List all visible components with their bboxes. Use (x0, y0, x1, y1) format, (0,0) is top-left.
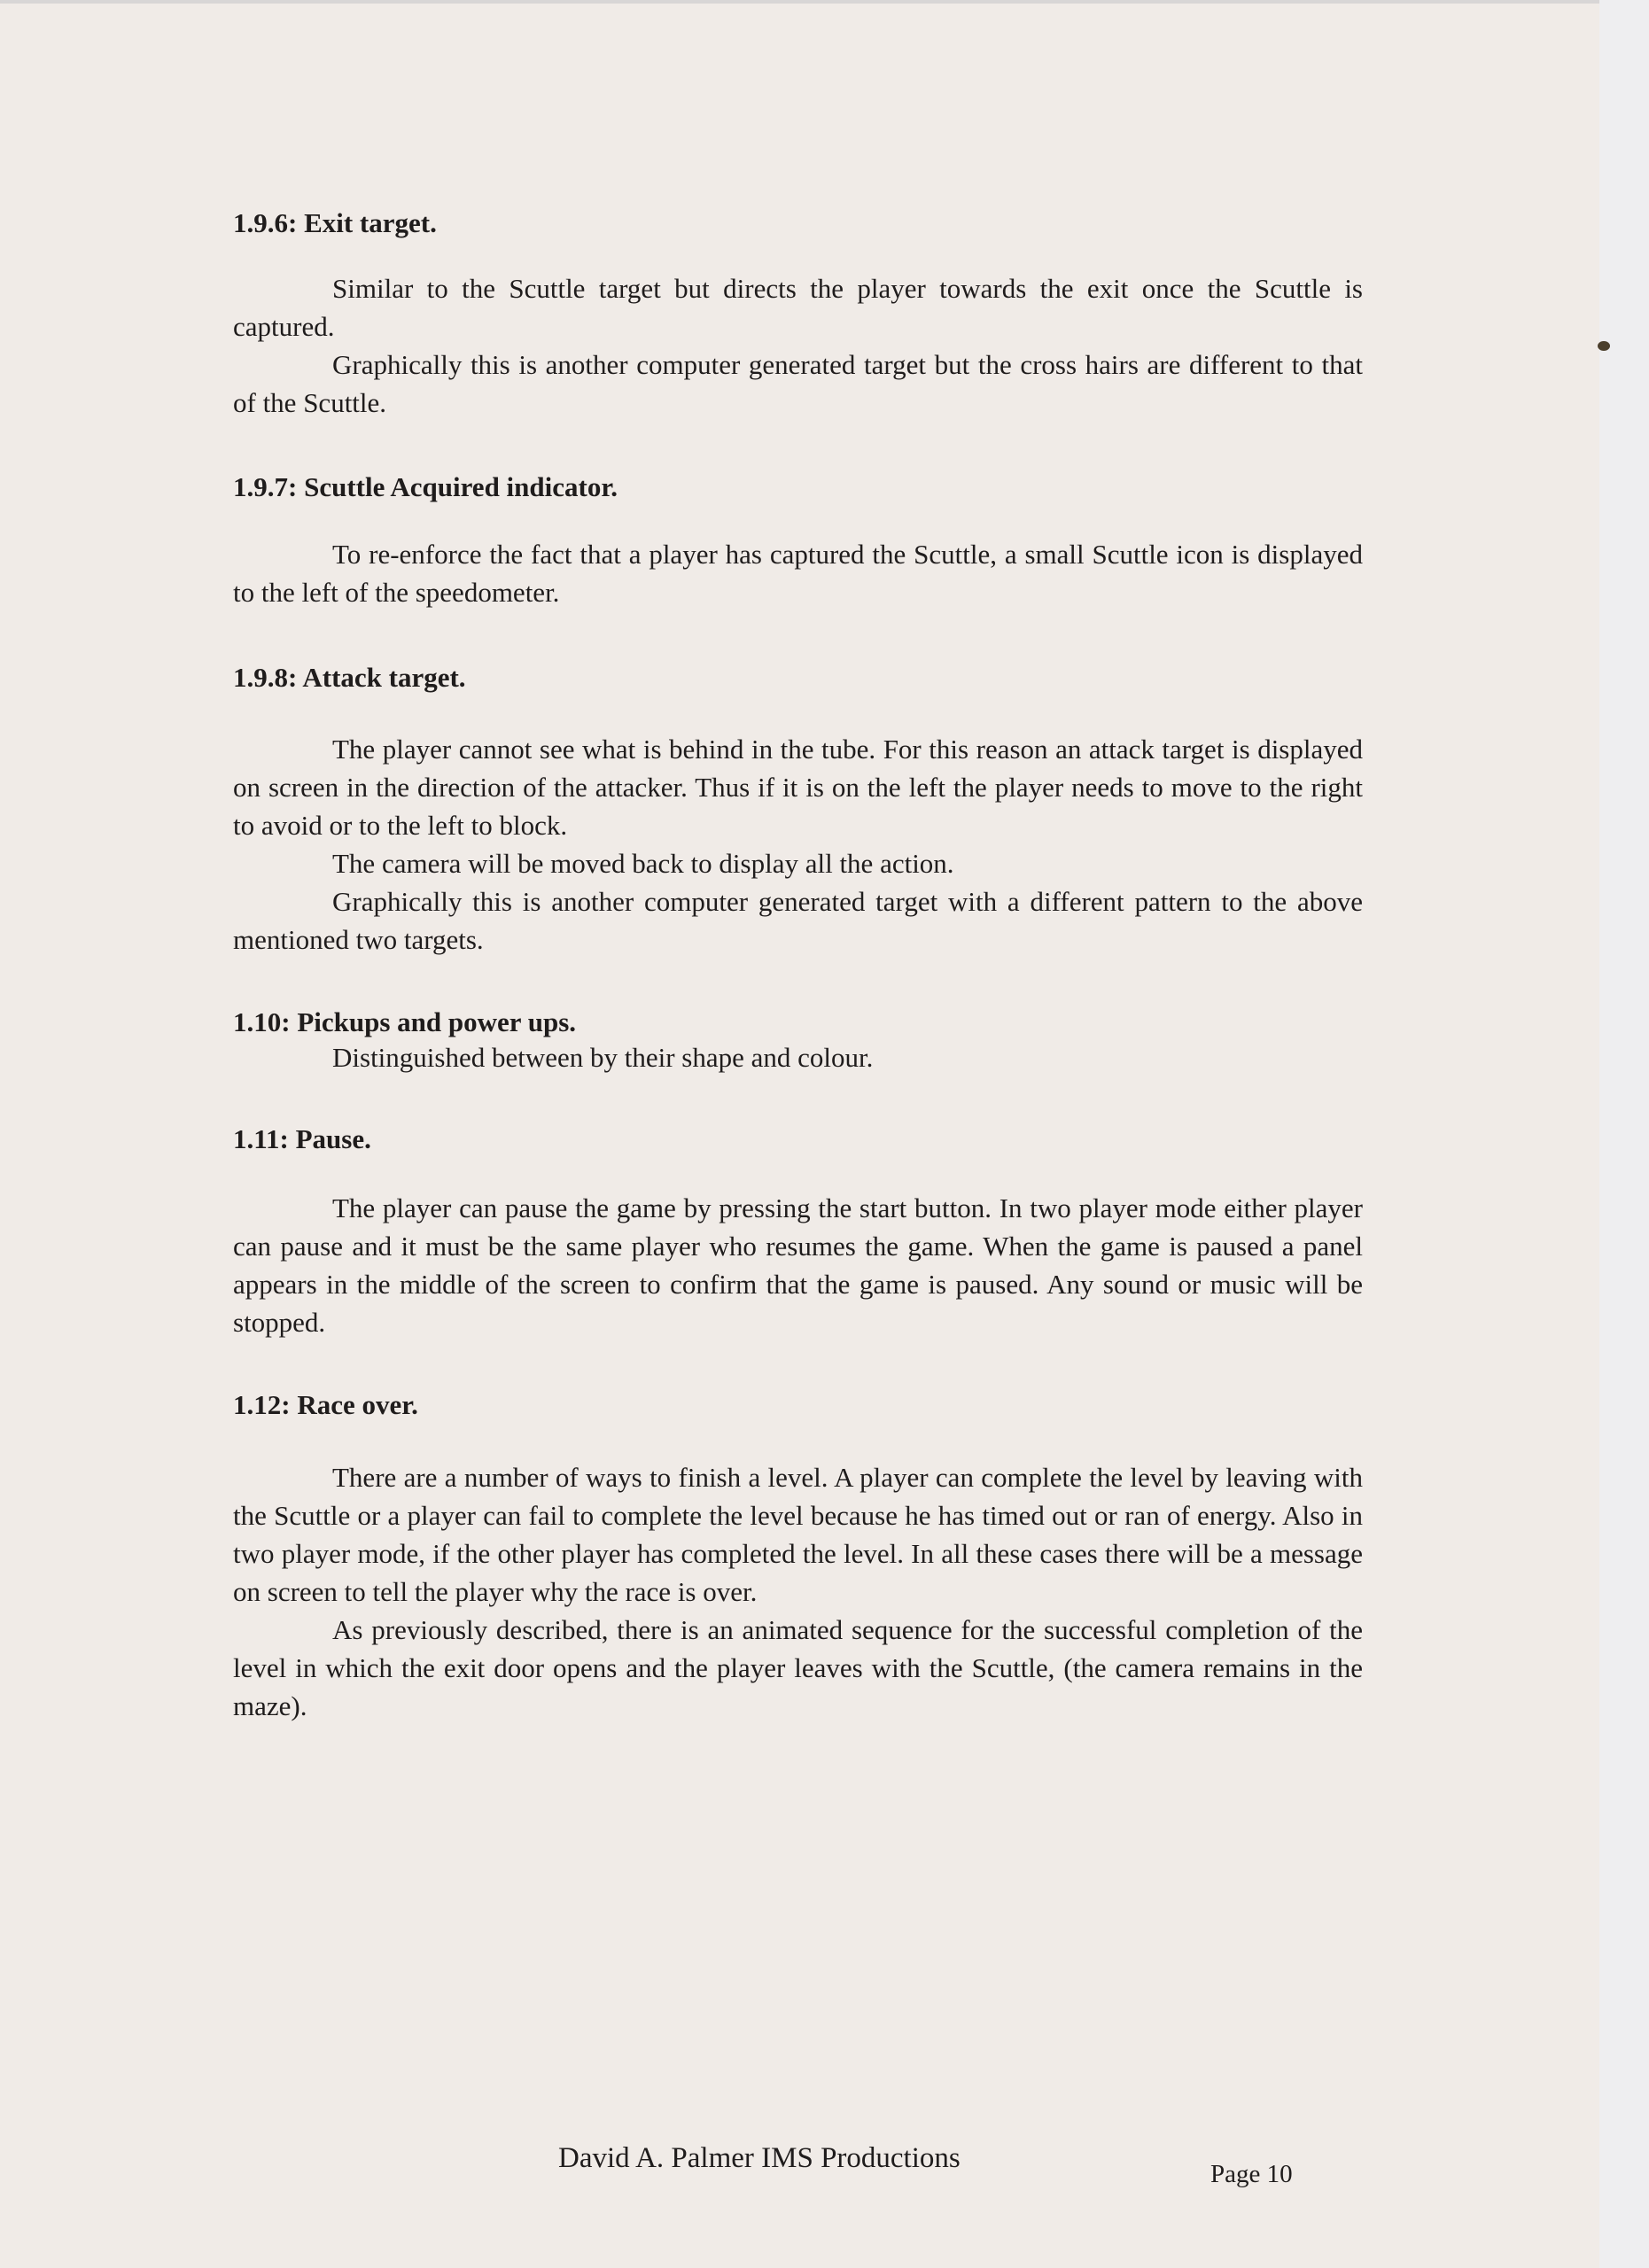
paragraph: Graphically this is another computer gen… (233, 882, 1363, 959)
scan-top-edge (0, 0, 1599, 4)
section-heading-1-11: 1.11: Pause. (233, 1122, 371, 1157)
section-body-1-11: The player can pause the game by pressin… (233, 1189, 1363, 1341)
page-number: Page 10 (1210, 2160, 1293, 2189)
section-heading-1-9-8: 1.9.8: Attack target. (233, 660, 466, 695)
paragraph: The player can pause the game by pressin… (233, 1189, 1363, 1341)
section-body-1-10: Distinguished between by their shape and… (233, 1038, 1363, 1076)
paragraph: To re-enforce the fact that a player has… (233, 535, 1363, 611)
paragraph: Similar to the Scuttle target but direct… (233, 269, 1363, 346)
paragraph: As previously described, there is an ani… (233, 1611, 1363, 1725)
section-body-1-9-8: The player cannot see what is behind in … (233, 730, 1363, 959)
section-body-1-12: There are a number of ways to finish a l… (233, 1458, 1363, 1725)
footer-credit: David A. Palmer IMS Productions (558, 2142, 961, 2175)
section-heading-1-10: 1.10: Pickups and power ups. (233, 1005, 576, 1040)
scan-speck (1598, 341, 1610, 351)
section-heading-1-9-7: 1.9.7: Scuttle Acquired indicator. (233, 470, 618, 505)
section-heading-1-9-6: 1.9.6: Exit target. (233, 206, 437, 241)
section-body-1-9-7: To re-enforce the fact that a player has… (233, 535, 1363, 611)
section-heading-1-12: 1.12: Race over. (233, 1387, 418, 1423)
paragraph: Graphically this is another computer gen… (233, 346, 1363, 422)
section-body-1-9-6: Similar to the Scuttle target but direct… (233, 269, 1363, 422)
paragraph: There are a number of ways to finish a l… (233, 1458, 1363, 1611)
paragraph: Distinguished between by their shape and… (233, 1038, 1363, 1076)
paragraph: The camera will be moved back to display… (233, 844, 1363, 882)
scan-right-edge (1599, 0, 1649, 2268)
paragraph: The player cannot see what is behind in … (233, 730, 1363, 844)
